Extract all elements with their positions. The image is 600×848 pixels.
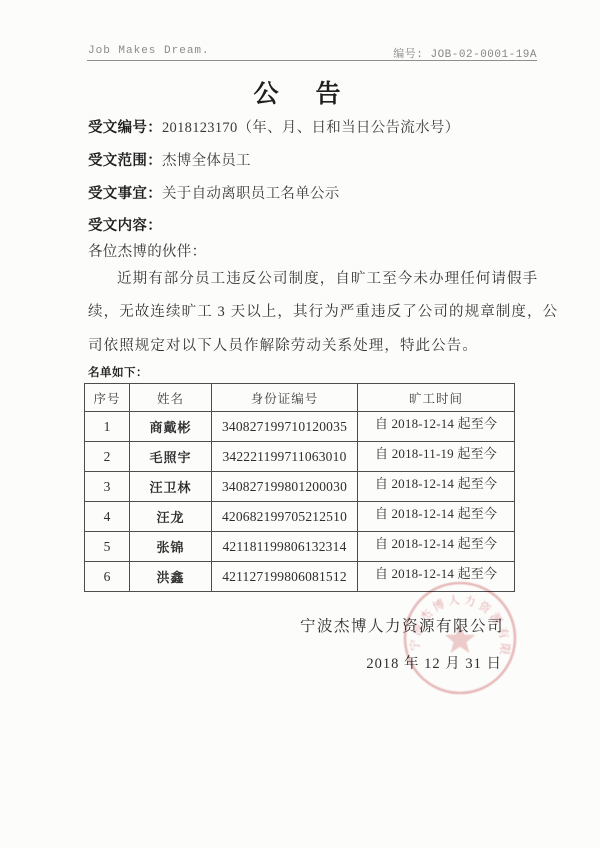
body-paragraph-line: 司依照规定对以下人员作解除劳动关系处理，特此公告。	[88, 334, 516, 355]
cell-id: 421127199806081512	[212, 562, 358, 592]
meta-line-subject: 受文事宜：关于自动离职员工名单公示	[88, 182, 340, 203]
document-number: 编号: JOB-02-0001-19A	[393, 45, 537, 61]
table-row: 3 汪卫林 340827199801200030 自 2018-12-14 起至…	[85, 472, 515, 502]
cell-name: 汪龙	[130, 502, 212, 532]
cell-id: 421181199806132314	[212, 532, 358, 562]
cell-id: 340827199710120035	[212, 412, 358, 442]
dismissed-employees-table: 序号 姓名 身份证编号 旷工时间 1 商戴彬 34082719971012003…	[84, 383, 515, 592]
cell-absence: 自 2018-12-14 起至今	[358, 562, 515, 592]
cell-name: 洪鑫	[130, 562, 212, 592]
body-paragraph-line: 续，无故连续旷工 3 天以上，其行为严重违反了公司的规章制度，公	[88, 300, 516, 321]
cell-name: 汪卫林	[130, 472, 212, 502]
meta-line-scope: 受文范围：杰博全体员工	[88, 149, 251, 170]
cell-absence: 自 2018-12-14 起至今	[358, 532, 515, 562]
cell-id: 340827199801200030	[212, 472, 358, 502]
cell-seq: 3	[85, 472, 130, 502]
cell-absence: 自 2018-12-14 起至今	[358, 502, 515, 532]
col-header-absence: 旷工时间	[358, 384, 515, 412]
meta-label: 受文范围：	[88, 153, 162, 169]
table-row: 6 洪鑫 421127199806081512 自 2018-12-14 起至今	[85, 562, 515, 592]
table-row: 2 毛照宇 342221199711063010 自 2018-11-19 起至…	[85, 442, 515, 472]
cell-id: 342221199711063010	[212, 442, 358, 472]
col-header-seq: 序号	[85, 384, 130, 412]
cell-absence: 自 2018-11-19 起至今	[358, 442, 515, 472]
signature-block: 宁波杰博人力资源有限公司 2018 年 12 月 31 日	[300, 614, 504, 673]
body-paragraph-line: 近期有部分员工违反公司制度，自旷工至今未办理任何请假手	[88, 267, 545, 288]
page-title: 公 告	[0, 74, 600, 110]
cell-name: 毛照宇	[130, 442, 212, 472]
meta-value: 2018123170（年、月、日和当日公告流水号）	[162, 120, 460, 136]
col-header-id: 身份证编号	[212, 384, 358, 412]
announcement-document: Job Makes Dream. 编号: JOB-02-0001-19A 公 告…	[0, 0, 600, 848]
cell-seq: 1	[85, 412, 130, 442]
cell-absence: 自 2018-12-14 起至今	[358, 472, 515, 502]
cell-seq: 6	[85, 562, 130, 592]
col-header-name: 姓名	[130, 384, 212, 412]
table-row: 5 张锦 421181199806132314 自 2018-12-14 起至今	[85, 532, 515, 562]
company-slogan: Job Makes Dream.	[88, 45, 210, 57]
cell-name: 商戴彬	[130, 412, 212, 442]
meta-label: 受文事宜：	[88, 186, 162, 202]
meta-label: 受文编号：	[88, 120, 162, 136]
table-row: 4 汪龙 420682199705212510 自 2018-12-14 起至今	[85, 502, 515, 532]
list-intro: 名单如下：	[88, 364, 148, 380]
meta-line-doc-number: 受文编号：2018123170（年、月、日和当日公告流水号）	[88, 116, 460, 137]
cell-name: 张锦	[130, 532, 212, 562]
signature-date: 2018 年 12 月 31 日	[300, 652, 504, 673]
cell-seq: 5	[85, 532, 130, 562]
table-header-row: 序号 姓名 身份证编号 旷工时间	[85, 384, 515, 412]
cell-seq: 4	[85, 502, 130, 532]
meta-line-content: 受文内容：	[88, 214, 162, 235]
header-divider	[87, 60, 537, 61]
cell-seq: 2	[85, 442, 130, 472]
signature-company: 宁波杰博人力资源有限公司	[300, 614, 504, 636]
cell-id: 420682199705212510	[212, 502, 358, 532]
meta-label: 受文内容：	[88, 218, 162, 234]
salutation: 各位杰博的伙伴：	[88, 240, 206, 261]
meta-value: 关于自动离职员工名单公示	[162, 186, 340, 202]
table-row: 1 商戴彬 340827199710120035 自 2018-12-14 起至…	[85, 412, 515, 442]
meta-value: 杰博全体员工	[162, 153, 251, 169]
cell-absence: 自 2018-12-14 起至今	[358, 412, 515, 442]
